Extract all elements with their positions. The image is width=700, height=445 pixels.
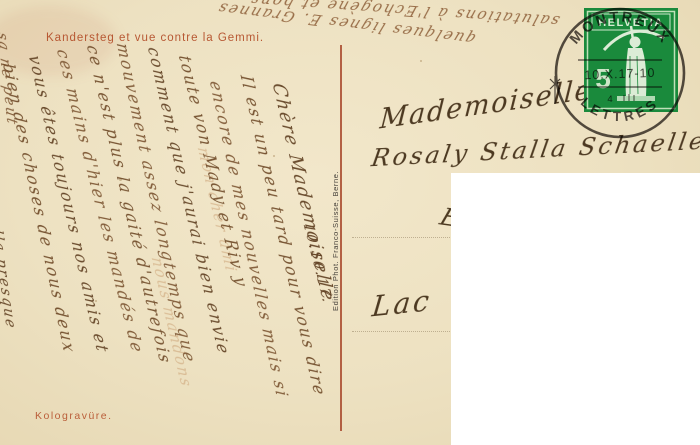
postmark-tick-marks	[624, 94, 634, 101]
postmark: MONTREUX LETTRES 10.X.17-10 4	[546, 3, 696, 148]
postmark-service-label: LETTRES	[578, 95, 662, 125]
process-imprint: Kologravüre.	[35, 410, 113, 422]
blank-cover	[451, 173, 700, 445]
postmark-code: 4	[607, 94, 612, 105]
divider-line	[340, 45, 342, 431]
postmark-date: 10.X.17-10	[584, 66, 656, 82]
svg-text:MONTREUX: MONTREUX	[567, 9, 673, 47]
address-dotted-line	[352, 331, 450, 332]
paper-speck	[420, 60, 422, 62]
postcard-scan: Kandersteg et vue contre la Gemmi. Editi…	[0, 0, 700, 445]
svg-text:LETTRES: LETTRES	[578, 95, 662, 125]
printed-title: Kandersteg et vue contre la Gemmi.	[46, 32, 264, 44]
edge-writing-line: et alla presque	[0, 194, 19, 331]
address-dotted-line	[352, 237, 450, 238]
postmark-town-label: MONTREUX	[567, 9, 673, 47]
address-place: Lac	[370, 284, 433, 324]
